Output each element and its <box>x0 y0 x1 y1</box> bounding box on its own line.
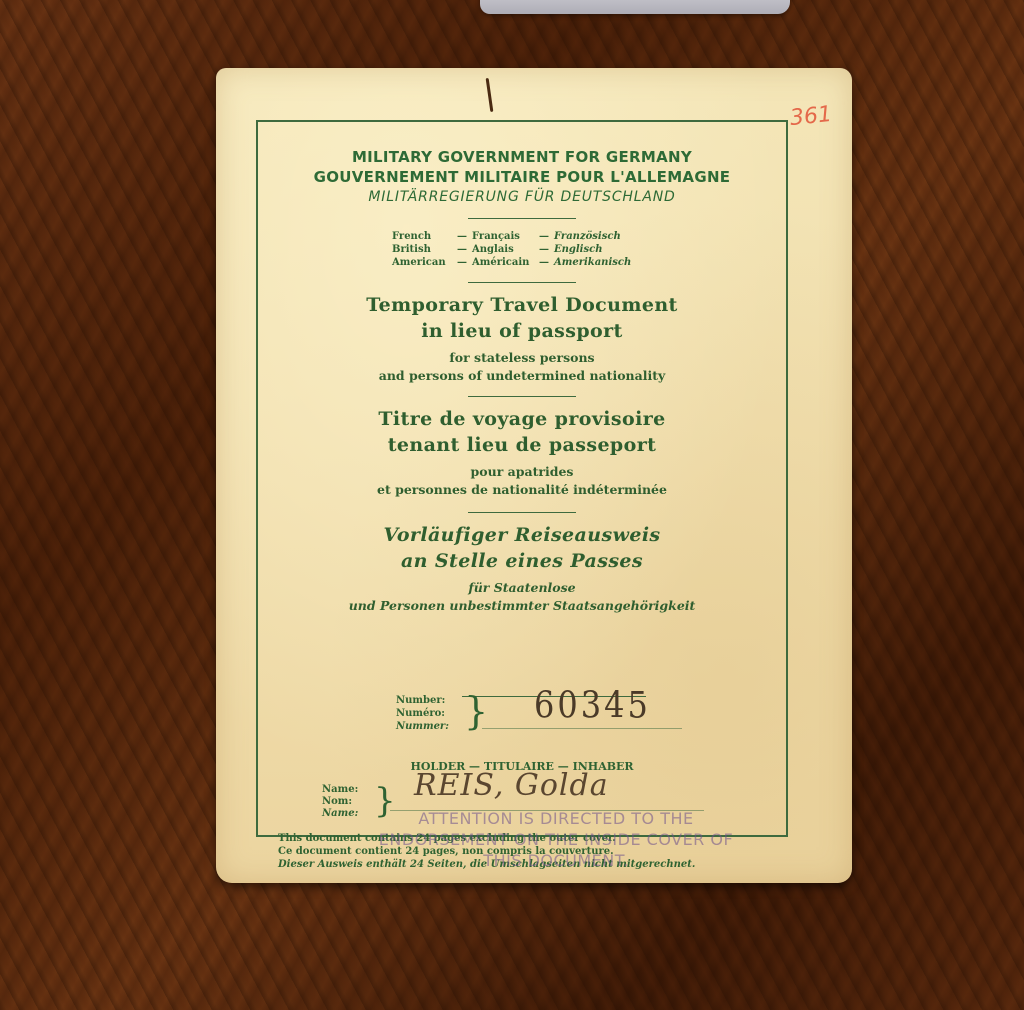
number-underline <box>482 728 682 729</box>
divider <box>468 218 576 219</box>
number-label-fr: Numéro: <box>396 707 449 720</box>
divider <box>468 396 576 397</box>
german-title-line2: an Stelle eines Passes <box>256 550 788 572</box>
endorsement-stamp: ATTENTION IS DIRECTED TO THE ENDORSEMENT… <box>326 808 786 871</box>
header-french: GOUVERNEMENT MILITAIRE POUR L'ALLEMAGNE <box>256 168 788 186</box>
holder-name: REIS, Golda <box>414 768 609 803</box>
german-subtitle-line1: für Staatenlose <box>256 580 788 595</box>
ink-stain <box>486 78 494 112</box>
dash: — <box>452 230 472 243</box>
dash: — <box>452 256 472 269</box>
nationality-fr: Anglais <box>472 243 534 256</box>
nationality-row: American — Américain — Amerikanisch <box>392 256 631 269</box>
dash: — <box>534 230 554 243</box>
dash: — <box>452 243 472 256</box>
stamp-line: ATTENTION IS DIRECTED TO THE <box>326 808 786 829</box>
header-german: MILITÄRREGIERUNG FÜR DEUTSCHLAND <box>256 189 788 205</box>
nationality-en: French <box>392 230 452 243</box>
english-subtitle-line1: for stateless persons <box>256 350 788 365</box>
dash: — <box>534 256 554 269</box>
document-number: 60345 <box>534 683 651 727</box>
number-label-en: Number: <box>396 694 449 707</box>
nationality-fr: Américain <box>472 256 534 269</box>
stamp-line: THIS DOCUMENT. <box>326 850 786 871</box>
gray-object-top-edge <box>480 0 790 14</box>
divider <box>468 282 576 283</box>
dash: — <box>534 243 554 256</box>
nationality-fr: Français <box>472 230 534 243</box>
french-subtitle-line1: pour apatrides <box>256 464 788 479</box>
name-label-fr: Nom: <box>322 796 358 808</box>
nationality-en: American <box>392 256 452 269</box>
travel-document-cover: 361 MILITARY GOVERNMENT FOR GERMANY GOUV… <box>216 68 852 883</box>
divider <box>468 512 576 513</box>
brace-icon: } <box>464 692 488 730</box>
nationality-row: British — Anglais — Englisch <box>392 243 631 256</box>
english-title-line1: Temporary Travel Document <box>256 294 788 316</box>
french-subtitle-line2: et personnes de nationalité indéterminée <box>256 482 788 497</box>
stamp-line: ENDORSEMENT ON THE INSIDE COVER OF <box>326 829 786 850</box>
document-content: MILITARY GOVERNMENT FOR GERMANY GOUVERNE… <box>256 120 788 837</box>
german-subtitle-line2: und Personen unbestimmter Staatsangehöri… <box>256 598 788 613</box>
nationality-table: French — Français — Französisch British … <box>392 230 631 269</box>
french-title-line1: Titre de voyage provisoire <box>256 408 788 430</box>
english-subtitle-line2: and persons of undetermined nationality <box>256 368 788 383</box>
header-english: MILITARY GOVERNMENT FOR GERMANY <box>256 148 788 166</box>
nationality-de: Französisch <box>554 230 621 243</box>
english-title-line2: in lieu of passport <box>256 320 788 342</box>
nationality-row: French — Français — Französisch <box>392 230 631 243</box>
german-title-line1: Vorläufiger Reiseausweis <box>256 524 788 546</box>
nationality-de: Englisch <box>554 243 602 256</box>
number-labels: Number: Numéro: Nummer: <box>396 694 449 733</box>
number-label-de: Nummer: <box>396 720 449 733</box>
nationality-en: British <box>392 243 452 256</box>
nationality-de: Amerikanisch <box>554 256 631 269</box>
handwritten-note: 361 <box>789 102 833 131</box>
name-label-en: Name: <box>322 784 358 796</box>
french-title-line2: tenant lieu de passeport <box>256 434 788 456</box>
